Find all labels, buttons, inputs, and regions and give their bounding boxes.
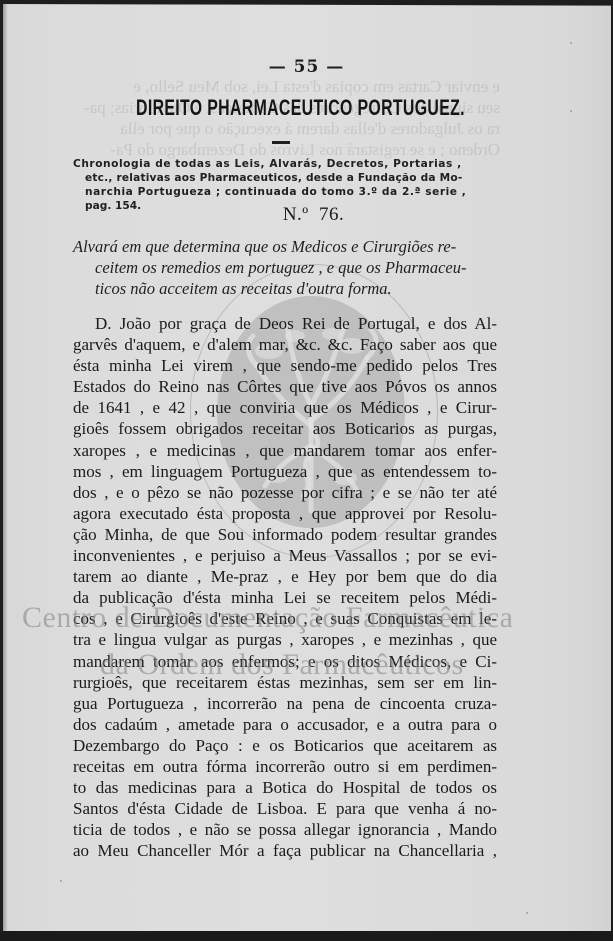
- body-line: gua Portugueza , incorrerão na pena de c…: [73, 693, 497, 714]
- body-line: tarem ao diante , Me-praz , e Hey por be…: [73, 566, 497, 587]
- body-line: ção Minha, de que Sou informado podem re…: [73, 524, 497, 545]
- chronology-line: narchia Portugueza ; continuada do tomo …: [73, 185, 499, 199]
- show-through-line: e enviar Cartas em copias d'esta Lei, so…: [70, 76, 500, 97]
- page-number: — 55 —: [0, 57, 613, 77]
- chronology-line: Chronologia de todas as Leis, Alvarás, D…: [73, 157, 499, 171]
- alvara-heading-line: ticos não acceitem as receitas d'outra f…: [73, 278, 499, 299]
- body-line: gioês fossem obrigados receitar aos Boti…: [73, 418, 497, 439]
- body-line: ao Meu Chanceller Mór a faça publicar na…: [73, 840, 497, 861]
- chronology-line: etc., relativas aos Pharmaceuticos, desd…: [73, 171, 499, 185]
- body-line: ésta minha Lei virem , que sendo-me pedi…: [73, 355, 497, 376]
- body-line: Dezembargo do Paço : e os Boticarios que…: [73, 735, 497, 756]
- document-number: N.º 76.: [0, 204, 613, 226]
- alvara-heading-line: ceitem os remedios em portuguez , e que …: [73, 257, 499, 278]
- body-line: inconvenientes , e perjuiso a Meus Vassa…: [73, 545, 497, 566]
- body-line: Estados do Reino nas Côrtes que tive aos…: [73, 376, 497, 397]
- paper-speck: [570, 42, 572, 44]
- paper-speck: [340, 855, 342, 857]
- body-line: D. João por graça de Deos Rei de Portuga…: [73, 313, 497, 334]
- paper-speck: [526, 912, 528, 914]
- alvara-heading: Alvará em que determina que os Medicos e…: [73, 236, 499, 299]
- body-line: receitas em outra fórma incorrerão outro…: [73, 756, 497, 777]
- alvara-heading-line: Alvará em que determina que os Medicos e…: [73, 236, 499, 257]
- body-line: dos , e o pêzo se não pozesse por cifra …: [73, 482, 497, 503]
- body-line: ticia de todos , e não se possa allegar …: [73, 819, 497, 840]
- scan-border: [0, 931, 613, 941]
- body-line: xaropes , e medicinas , que mandarem tom…: [73, 440, 497, 461]
- body-line: garvês d'aquem, e d'alem mar, &c. &c. Fa…: [73, 334, 497, 355]
- body-line: dos cadaúm , ametade para o accusador, e…: [73, 714, 497, 735]
- paper-speck: [60, 880, 62, 882]
- body-line: to das medicinas para a Botica do Hospit…: [73, 777, 497, 798]
- body-line: mos , em linguagem Portugueza , que as e…: [73, 461, 497, 482]
- show-through-line: ra os Julgadores d'ellas darem á execuçã…: [70, 118, 500, 139]
- body-line: Santos d'ésta Cidade de Lisboa. E para q…: [73, 798, 497, 819]
- body-line: de 1641 , e 42 , que conviria que os Méd…: [73, 397, 497, 418]
- watermark-text: da Ordem dos Farmacêuticos: [100, 648, 464, 682]
- body-line: agora executado ésta proposta , que appr…: [73, 503, 497, 524]
- document-number-prefix: N.º: [283, 204, 309, 225]
- running-title: DIREITO PHARMACEUTICO PORTUGUEZ.: [80, 95, 521, 121]
- title-divider: [272, 141, 290, 144]
- paper-speck: [570, 110, 572, 112]
- scanned-page-viewer: e enviar Cartas em copias d'esta Lei, so…: [0, 0, 613, 941]
- body-text: D. João por graça de Deos Rei de Portuga…: [73, 313, 497, 861]
- watermark-text: Centro de Documentação Farmacêutica: [22, 601, 513, 635]
- document-number-value: 76.: [319, 204, 344, 225]
